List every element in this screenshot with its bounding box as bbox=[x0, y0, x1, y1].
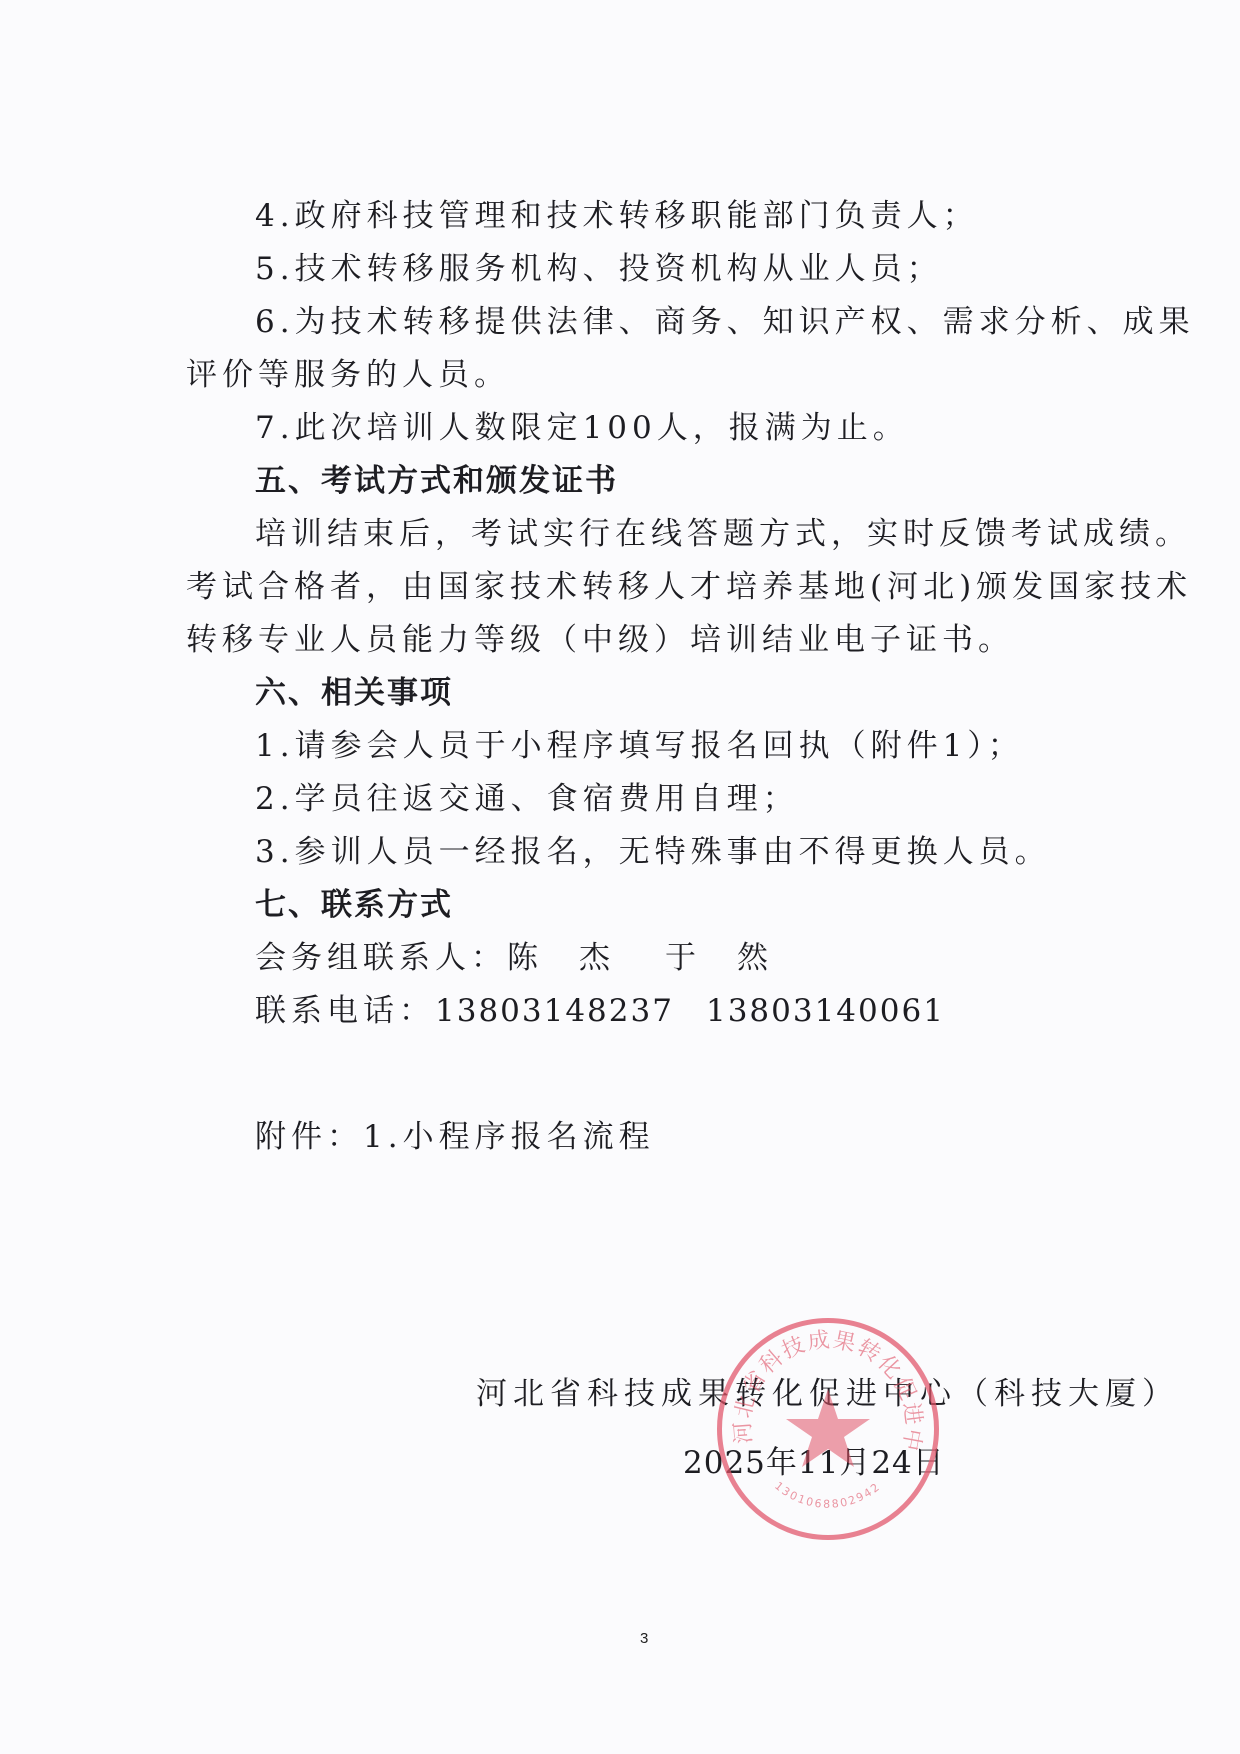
list-item-6: 6.为技术转移提供法律、商务、知识产权、需求分析、成果 bbox=[255, 302, 1195, 342]
contact-name-1: 陈 杰 bbox=[507, 940, 615, 976]
section-heading-7: 七、联系方式 bbox=[255, 885, 453, 925]
section-heading-5: 五、考试方式和颁发证书 bbox=[255, 461, 618, 501]
list-item-5: 5.技术转移服务机构、投资机构从业人员； bbox=[255, 249, 943, 289]
section-5-paragraph-line-2: 考试合格者，由国家技术转移人才培养基地(河北)颁发国家技术 bbox=[186, 567, 1192, 607]
section-heading-6: 六、相关事项 bbox=[255, 673, 453, 713]
svg-text:1301068802942: 1301068802942 bbox=[772, 1479, 883, 1511]
seal-code: 1301068802942 bbox=[772, 1479, 883, 1511]
phone-number-2: 13803140061 bbox=[706, 993, 945, 1029]
signature-date: 2025年11月24日 bbox=[683, 1443, 945, 1483]
official-seal: 河北省科技成果转化促进中心（科技大厦） 1301068802942 bbox=[717, 1318, 939, 1540]
section-5-paragraph: 培训结束后，考试实行在线答题方式，实时反馈考试成绩。 bbox=[255, 514, 1191, 554]
contact-persons: 会务组联系人：陈 杰于 然 bbox=[255, 938, 773, 978]
contact-phones: 联系电话：1380314823713803140061 bbox=[255, 991, 945, 1031]
list-item-6-continuation: 评价等服务的人员。 bbox=[186, 355, 510, 395]
section-6-item-2: 2.学员往返交通、食宿费用自理； bbox=[255, 779, 799, 819]
section-6-item-3: 3.参训人员一经报名，无特殊事由不得更换人员。 bbox=[255, 832, 1051, 872]
signature-organization: 河北省科技成果转化促进中心（科技大厦） bbox=[476, 1374, 1179, 1414]
section-6-item-1: 1.请参会人员于小程序填写报名回执（附件1）； bbox=[255, 726, 1024, 766]
list-item-7: 7.此次培训人数限定100人，报满为止。 bbox=[255, 408, 909, 448]
list-item-4: 4.政府科技管理和技术转移职能部门负责人； bbox=[255, 196, 979, 236]
section-5-paragraph-line-3: 转移专业人员能力等级（中级）培训结业电子证书。 bbox=[186, 620, 1014, 660]
page-number: 3 bbox=[640, 1630, 648, 1647]
contacts-label: 会务组联系人： bbox=[255, 940, 507, 976]
seal-star-icon: 河北省科技成果转化促进中心（科技大厦） 1301068802942 bbox=[722, 1323, 934, 1535]
phone-number-1: 13803148237 bbox=[435, 993, 674, 1029]
phone-label: 联系电话： bbox=[255, 993, 435, 1029]
contact-name-2: 于 然 bbox=[665, 940, 773, 976]
attachment-note: 附件：1.小程序报名流程 bbox=[255, 1117, 655, 1157]
